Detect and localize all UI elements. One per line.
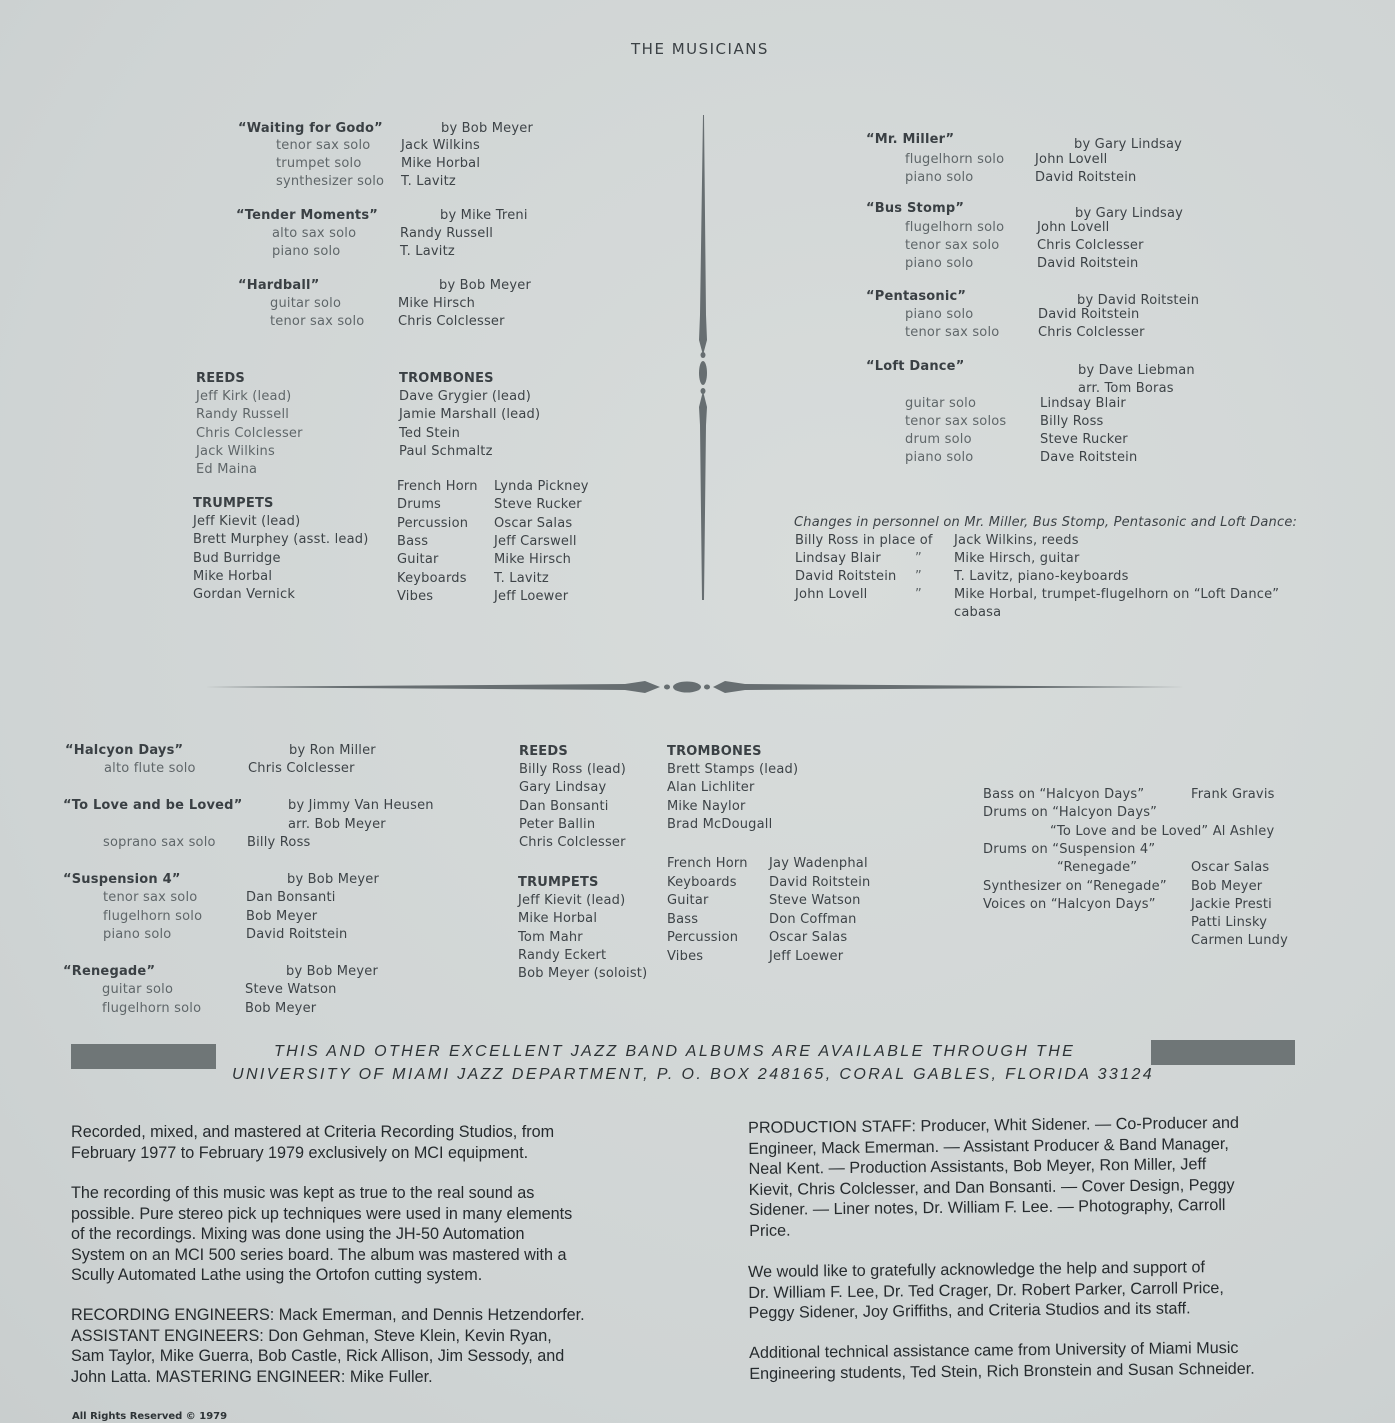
rhythm-musician: Jeff Loewer: [769, 948, 843, 966]
recording-note: Recorded, mixed, and mastered at Criteri…: [71, 1122, 554, 1163]
ditto-mark: ”: [915, 568, 922, 586]
rhythm-musician: Jay Wadenphal: [769, 855, 868, 873]
solo-instrument: guitar solo: [905, 395, 976, 413]
replacement-musician: Lindsay Blair: [795, 550, 881, 568]
member: Jeff Kievit (lead): [518, 892, 647, 910]
rhythm-musician: Jeff Loewer: [494, 588, 568, 606]
solo-instrument: tenor sax solo: [905, 324, 999, 342]
rhythm-instrument: Percussion: [397, 515, 468, 533]
solo-instrument: guitar solo: [270, 295, 341, 313]
guest-role: Voices on “Halcyon Days”: [983, 896, 1156, 914]
member: Chris Colclesser: [519, 834, 626, 852]
solo-instrument: guitar solo: [102, 981, 173, 999]
track-composer: by Ron Miller: [289, 742, 376, 760]
rhythm-musician: Oscar Salas: [494, 515, 572, 533]
track-composer: by Bob Meyer: [441, 120, 533, 138]
track-title: “Halcyon Days”: [65, 742, 183, 760]
solo-instrument: piano solo: [905, 255, 973, 273]
vertical-ornament-divider: [690, 115, 716, 600]
guest-musician: Oscar Salas: [1191, 859, 1269, 877]
solo-musician: David Roitstein: [246, 926, 348, 944]
guest-musician: Bob Meyer: [1191, 878, 1262, 896]
solo-instrument: tenor sax solos: [905, 413, 1006, 431]
solo-musician: Dave Roitstein: [1040, 449, 1137, 467]
rhythm-instrument: Bass: [397, 533, 428, 551]
solo-musician: John Lovell: [1035, 151, 1107, 169]
solo-musician: Chris Colclesser: [398, 313, 505, 331]
banner-bar-left: [71, 1044, 216, 1069]
solo-musician: Billy Ross: [247, 834, 311, 852]
banner-bar-right: [1151, 1040, 1295, 1065]
member: Randy Eckert: [518, 947, 647, 965]
page-heading: THE MUSICIANS: [631, 40, 769, 58]
copyright: All Rights Reserved © 1979: [72, 1411, 227, 1422]
track-composer: by Dave Liebman: [1078, 362, 1195, 380]
member: Gordan Vernick: [193, 586, 368, 604]
track-title: “Mr. Miller”: [866, 131, 954, 149]
solo-instrument: tenor sax solo: [905, 237, 999, 255]
solo-musician: Chris Colclesser: [248, 760, 355, 778]
solo-musician: Chris Colclesser: [1037, 237, 1144, 255]
solo-musician: T. Lavitz: [400, 243, 455, 261]
solo-instrument: synthesizer solo: [276, 173, 384, 191]
solo-instrument: piano solo: [905, 449, 973, 467]
member: Brett Stamps (lead): [667, 761, 798, 779]
solo-musician: T. Lavitz: [401, 173, 456, 191]
rhythm-instrument: Drums: [397, 496, 441, 514]
rhythm-musician: Steve Rucker: [494, 496, 582, 514]
track-title: “Tender Moments”: [236, 207, 378, 225]
technique-note: The recording of this music was kept as …: [71, 1183, 572, 1286]
solo-instrument: piano solo: [103, 926, 171, 944]
member: Billy Ross (lead): [519, 761, 626, 779]
solo-musician: Lindsay Blair: [1040, 395, 1126, 413]
solo-musician: Bob Meyer: [246, 908, 317, 926]
solo-musician: Steve Rucker: [1040, 431, 1128, 449]
section-header: TROMBONES: [399, 370, 540, 388]
side-two-trombones-section: TROMBONES Brett Stamps (lead) Alan Lichl…: [667, 743, 798, 834]
rhythm-musician: David Roitstein: [769, 874, 871, 892]
replaced-musician: Mike Horbal, trumpet-flugelhorn on “Loft…: [954, 586, 1279, 604]
member: Randy Russell: [196, 406, 303, 424]
solo-musician: Chris Colclesser: [1038, 324, 1145, 342]
solo-instrument: soprano sax solo: [103, 834, 216, 852]
replacement-musician: David Roitstein: [795, 568, 897, 586]
solo-instrument: drum solo: [905, 431, 972, 449]
solo-musician: Mike Horbal: [401, 155, 480, 173]
replaced-musician: cabasa: [954, 604, 1001, 622]
solo-musician: David Roitstein: [1035, 169, 1137, 187]
additional-assistance: Additional technical assistance came fro…: [749, 1338, 1255, 1384]
side-one-reeds-section: REEDS Jeff Kirk (lead) Randy Russell Chr…: [196, 370, 303, 479]
side-two-reeds-section: REEDS Billy Ross (lead) Gary Lindsay Dan…: [519, 743, 626, 852]
banner-line-2: UNIVERSITY OF MIAMI JAZZ DEPARTMENT, P. …: [232, 1066, 1154, 1084]
section-header: REEDS: [519, 743, 626, 761]
rhythm-instrument: Vibes: [397, 588, 433, 606]
guest-musician: Patti Linsky: [1191, 914, 1267, 932]
section-header: TRUMPETS: [518, 874, 647, 892]
solo-instrument: tenor sax solo: [103, 889, 197, 907]
member: Chris Colclesser: [196, 425, 303, 443]
track-composer: by Jimmy Van Heusen: [288, 797, 434, 815]
rhythm-musician: Steve Watson: [769, 892, 861, 910]
member: Tom Mahr: [518, 929, 647, 947]
rhythm-musician: Jeff Carswell: [494, 533, 577, 551]
replaced-musician: Jack Wilkins, reeds: [954, 532, 1079, 550]
side-one-trumpets-section: TRUMPETS Jeff Kievit (lead) Brett Murphe…: [193, 495, 368, 604]
guest-musician: Jackie Presti: [1191, 896, 1272, 914]
member: Gary Lindsay: [519, 779, 626, 797]
rhythm-musician: Mike Hirsch: [494, 551, 571, 569]
personnel-changes-heading: Changes in personnel on Mr. Miller, Bus …: [794, 514, 1297, 532]
guest-role: Drums on “Halcyon Days”: [983, 804, 1157, 822]
member: Jeff Kievit (lead): [193, 513, 368, 531]
rhythm-instrument: French Horn: [397, 478, 478, 496]
rhythm-instrument: Guitar: [397, 551, 439, 569]
guest-role: Synthesizer on “Renegade”: [983, 878, 1167, 896]
rhythm-instrument: Keyboards: [667, 874, 737, 892]
member: Bud Burridge: [193, 550, 368, 568]
track-title: “Loft Dance”: [866, 358, 964, 376]
track-arranger: arr. Bob Meyer: [288, 816, 386, 834]
engineers-credits: RECORDING ENGINEERS: Mack Emerman, and D…: [71, 1305, 585, 1387]
rhythm-musician: Oscar Salas: [769, 929, 847, 947]
side-two-trumpets-section: TRUMPETS Jeff Kievit (lead) Mike Horbal …: [518, 874, 647, 983]
side-one-trombones-section: TROMBONES Dave Grygier (lead) Jamie Mars…: [399, 370, 540, 461]
guest-role: “Renegade”: [1057, 859, 1137, 877]
member: Alan Lichliter: [667, 779, 798, 797]
member: Ed Maina: [196, 461, 303, 479]
track-title: “Renegade”: [63, 963, 155, 981]
member: Mike Horbal: [193, 568, 368, 586]
guest-musician: Frank Gravis: [1191, 786, 1275, 804]
member: Paul Schmaltz: [399, 443, 540, 461]
track-composer: by Mike Treni: [440, 207, 528, 225]
track-title: “Waiting for Godo”: [238, 120, 383, 138]
solo-instrument: alto sax solo: [272, 225, 356, 243]
solo-instrument: flugelhorn solo: [103, 908, 202, 926]
replaced-musician: T. Lavitz, piano-keyboards: [954, 568, 1129, 586]
rhythm-instrument: Keyboards: [397, 570, 467, 588]
member: Dave Grygier (lead): [399, 388, 540, 406]
solo-musician: Dan Bonsanti: [246, 889, 336, 907]
acknowledgements: We would like to gratefully acknowledge …: [748, 1257, 1224, 1323]
solo-instrument: piano solo: [272, 243, 340, 261]
member: Jamie Marshall (lead): [399, 406, 540, 424]
solo-instrument: tenor sax solo: [270, 313, 364, 331]
track-composer: by Bob Meyer: [286, 963, 378, 981]
replacement-musician: Billy Ross in place of: [795, 532, 933, 550]
solo-musician: John Lovell: [1037, 219, 1109, 237]
rhythm-instrument: French Horn: [667, 855, 748, 873]
solo-instrument: flugelhorn solo: [905, 219, 1004, 237]
member: Ted Stein: [399, 425, 540, 443]
guest-role: “To Love and be Loved” Al Ashley: [1050, 823, 1274, 841]
rhythm-musician: Lynda Pickney: [494, 478, 589, 496]
rhythm-instrument: Guitar: [667, 892, 709, 910]
solo-musician: Bob Meyer: [245, 1000, 316, 1018]
replaced-musician: Mike Hirsch, guitar: [954, 550, 1080, 568]
guest-role: Drums on “Suspension 4”: [983, 841, 1155, 859]
member: Brett Murphey (asst. lead): [193, 531, 368, 549]
member: Jeff Kirk (lead): [196, 388, 303, 406]
solo-instrument: trumpet solo: [276, 155, 362, 173]
solo-musician: Randy Russell: [400, 225, 493, 243]
solo-musician: Mike Hirsch: [398, 295, 475, 313]
rhythm-musician: T. Lavitz: [494, 570, 549, 588]
guest-role: Bass on “Halcyon Days”: [983, 786, 1144, 804]
banner-line-1: THIS AND OTHER EXCELLENT JAZZ BAND ALBUM…: [274, 1043, 1075, 1061]
solo-instrument: piano solo: [905, 306, 973, 324]
horizontal-ornament-divider: [205, 675, 1185, 699]
ditto-mark: ”: [915, 586, 922, 604]
member: Peter Ballin: [519, 816, 626, 834]
solo-musician: Jack Wilkins: [401, 137, 480, 155]
member: Bob Meyer (soloist): [518, 965, 647, 983]
member: Jack Wilkins: [196, 443, 303, 461]
solo-instrument: alto flute solo: [104, 760, 196, 778]
member: Mike Horbal: [518, 910, 647, 928]
track-title: “To Love and be Loved”: [63, 797, 242, 815]
solo-instrument: flugelhorn solo: [905, 151, 1004, 169]
track-title: “Pentasonic”: [866, 288, 966, 306]
member: Dan Bonsanti: [519, 798, 626, 816]
section-header: TRUMPETS: [193, 495, 368, 513]
track-composer: by Bob Meyer: [439, 277, 531, 295]
ditto-mark: ”: [915, 550, 922, 568]
solo-musician: Billy Ross: [1040, 413, 1104, 431]
track-composer: by Bob Meyer: [287, 871, 379, 889]
guest-musician: Carmen Lundy: [1191, 932, 1288, 950]
track-title: “Bus Stomp”: [866, 200, 964, 218]
track-title: “Suspension 4”: [63, 871, 181, 889]
solo-instrument: piano solo: [905, 169, 973, 187]
solo-musician: David Roitstein: [1038, 306, 1140, 324]
solo-musician: Steve Watson: [245, 981, 337, 999]
section-header: REEDS: [196, 370, 303, 388]
solo-instrument: tenor sax solo: [276, 137, 370, 155]
rhythm-instrument: Vibes: [667, 948, 703, 966]
member: Brad McDougall: [667, 816, 798, 834]
rhythm-musician: Don Coffman: [769, 911, 857, 929]
member: Mike Naylor: [667, 798, 798, 816]
rhythm-instrument: Bass: [667, 911, 698, 929]
production-staff-credits: PRODUCTION STAFF: Producer, Whit Sidener…: [748, 1113, 1240, 1241]
track-title: “Hardball”: [238, 277, 319, 295]
solo-musician: David Roitstein: [1037, 255, 1139, 273]
rhythm-instrument: Percussion: [667, 929, 738, 947]
section-header: TROMBONES: [667, 743, 798, 761]
solo-instrument: flugelhorn solo: [102, 1000, 201, 1018]
replacement-musician: John Lovell: [795, 586, 867, 604]
